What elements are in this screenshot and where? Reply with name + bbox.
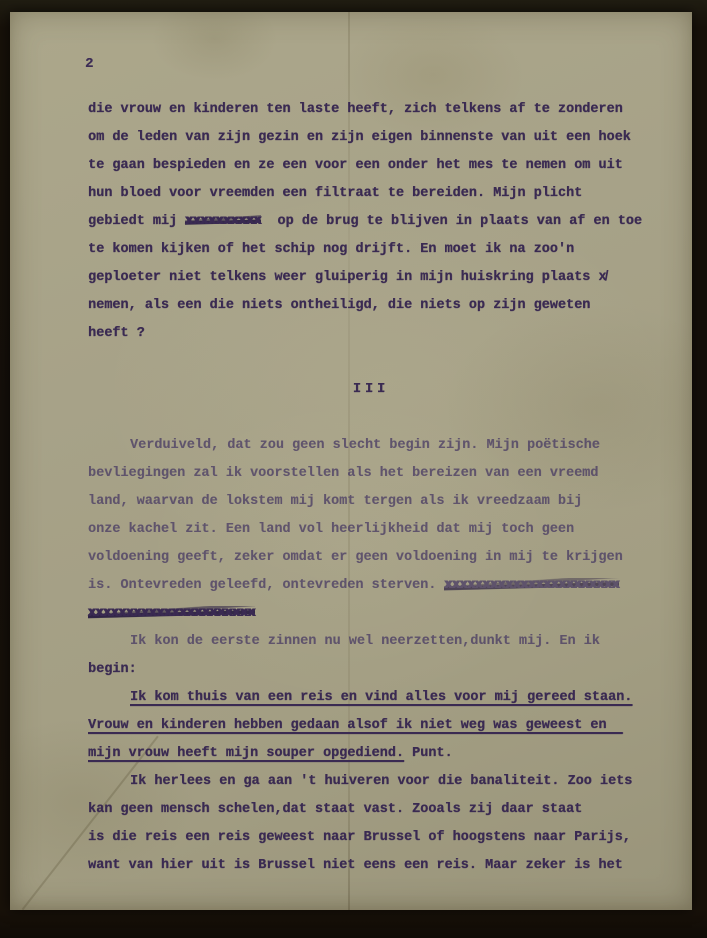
text-segment: bevliegingen zal ik voorstellen als het …	[88, 466, 598, 481]
typescript-line: land, waarvan de lokstem mij komt tergen…	[88, 488, 654, 516]
typescript-line: is die reis een reis geweest naar Brusse…	[88, 824, 654, 852]
text-segment: is die reis een reis geweest naar Brusse…	[88, 830, 631, 845]
typescript-line: te gaan bespieden en ze een voor een ond…	[88, 152, 654, 180]
typescript-line: hun bloed voor vreemden een filtraat te …	[88, 180, 654, 208]
typescript-line: gebiedt mij xxxxxxxxxx op de brug te bli…	[88, 208, 654, 236]
typescript-paper-page: 2 die vrouw en kinderen ten laste heeft,…	[10, 12, 692, 910]
typescript-line: Verduiveld, dat zou geen slecht begin zi…	[88, 432, 654, 460]
text-segment: kan geen mensch schelen,dat staat vast. …	[88, 802, 582, 817]
typescript-line: die vrouw en kinderen ten laste heeft, z…	[88, 96, 654, 124]
text-segment: onze kachel zit. Een land vol heerlijkhe…	[88, 522, 574, 537]
typescript-line: Ik kon de eerste zinnen nu wel neerzette…	[88, 628, 654, 656]
typescript-line	[88, 404, 654, 432]
text-segment: te komen kijken of het schip nog drijft.…	[88, 242, 574, 257]
text-segment: Ik herlees en ga aan 't huiveren voor di…	[130, 774, 632, 789]
typescript-line: om de leden van zijn gezin en zijn eigen…	[88, 124, 654, 152]
typescript-line: onze kachel zit. Een land vol heerlijkhe…	[88, 516, 654, 544]
text-segment: om de leden van zijn gezin en zijn eigen…	[88, 130, 631, 145]
text-segment: land, waarvan de lokstem mij komt tergen…	[88, 494, 582, 509]
text-segment: Punt.	[404, 746, 453, 761]
text-segment: voldoening geeft, zeker omdat er geen vo…	[88, 550, 623, 565]
text-segment: want van hier uit is Brussel niet eens e…	[88, 858, 623, 873]
text-segment: op de brug te blijven in plaats van af e…	[261, 214, 642, 229]
typescript-line: heeft ?	[88, 320, 654, 348]
typescript-line: want van hier uit is Brussel niet eens e…	[88, 852, 654, 880]
page-number: 2	[85, 56, 93, 72]
typescript-line: geploeter niet telkens weer gluiperig in…	[88, 264, 654, 292]
typescript-line: nemen, als een die niets ontheiligd, die…	[88, 292, 654, 320]
typescript-line: Vrouw en kinderen hebben gedaan alsof ik…	[88, 712, 654, 740]
struck-out-text: xxxxxxxxxxxxxxxxxxxxxx	[88, 606, 255, 621]
text-segment: gebiedt mij	[88, 214, 185, 229]
typewritten-text-block: die vrouw en kinderen ten laste heeft, z…	[88, 96, 654, 880]
typescript-line: bevliegingen zal ik voorstellen als het …	[88, 460, 654, 488]
text-segment: mijn vrouw heeft mijn souper opgediend.	[88, 746, 404, 761]
typescript-line: voldoening geeft, zeker omdat er geen vo…	[88, 544, 654, 572]
struck-out-text: xxxxxxxxxxxxxxxxxxxxxxx	[444, 578, 619, 593]
typescript-line: begin:	[88, 656, 654, 684]
text-segment: te gaan bespieden en ze een voor een ond…	[88, 158, 623, 173]
text-segment: Vrouw en kinderen hebben gedaan alsof ik…	[88, 718, 623, 733]
text-segment: Ik kon de eerste zinnen nu wel neerzette…	[130, 634, 600, 649]
typescript-line: is. Ontevreden geleefd, ontevreden sterv…	[88, 572, 654, 600]
scanned-photo-frame: 2 die vrouw en kinderen ten laste heeft,…	[0, 0, 707, 938]
text-segment: III	[353, 382, 389, 397]
text-segment: hun bloed voor vreemden een filtraat te …	[88, 186, 582, 201]
typescript-line: mijn vrouw heeft mijn souper opgediend. …	[88, 740, 654, 768]
typescript-line: Ik kom thuis van een reis en vind alles …	[88, 684, 654, 712]
text-segment: die vrouw en kinderen ten laste heeft, z…	[88, 102, 623, 117]
section-heading: III	[88, 376, 654, 404]
text-segment: Ik kom thuis van een reis en vind alles …	[130, 690, 632, 705]
typescript-line: xxxxxxxxxxxxxxxxxxxxxx	[88, 600, 654, 628]
text-segment: is. Ontevreden geleefd, ontevreden sterv…	[88, 578, 444, 593]
text-segment: heeft ?	[88, 326, 145, 341]
typescript-line: kan geen mensch schelen,dat staat vast. …	[88, 796, 654, 824]
typescript-line	[88, 348, 654, 376]
struck-out-text: xxxxxxxxxx	[185, 214, 261, 229]
text-segment: geploeter niet telkens weer gluiperig in…	[88, 270, 606, 285]
typescript-line: Ik herlees en ga aan 't huiveren voor di…	[88, 768, 654, 796]
text-segment: Verduiveld, dat zou geen slecht begin zi…	[130, 438, 600, 453]
text-segment: nemen, als een die niets ontheiligd, die…	[88, 298, 590, 313]
text-segment: begin:	[88, 662, 137, 677]
typescript-line: te komen kijken of het schip nog drijft.…	[88, 236, 654, 264]
